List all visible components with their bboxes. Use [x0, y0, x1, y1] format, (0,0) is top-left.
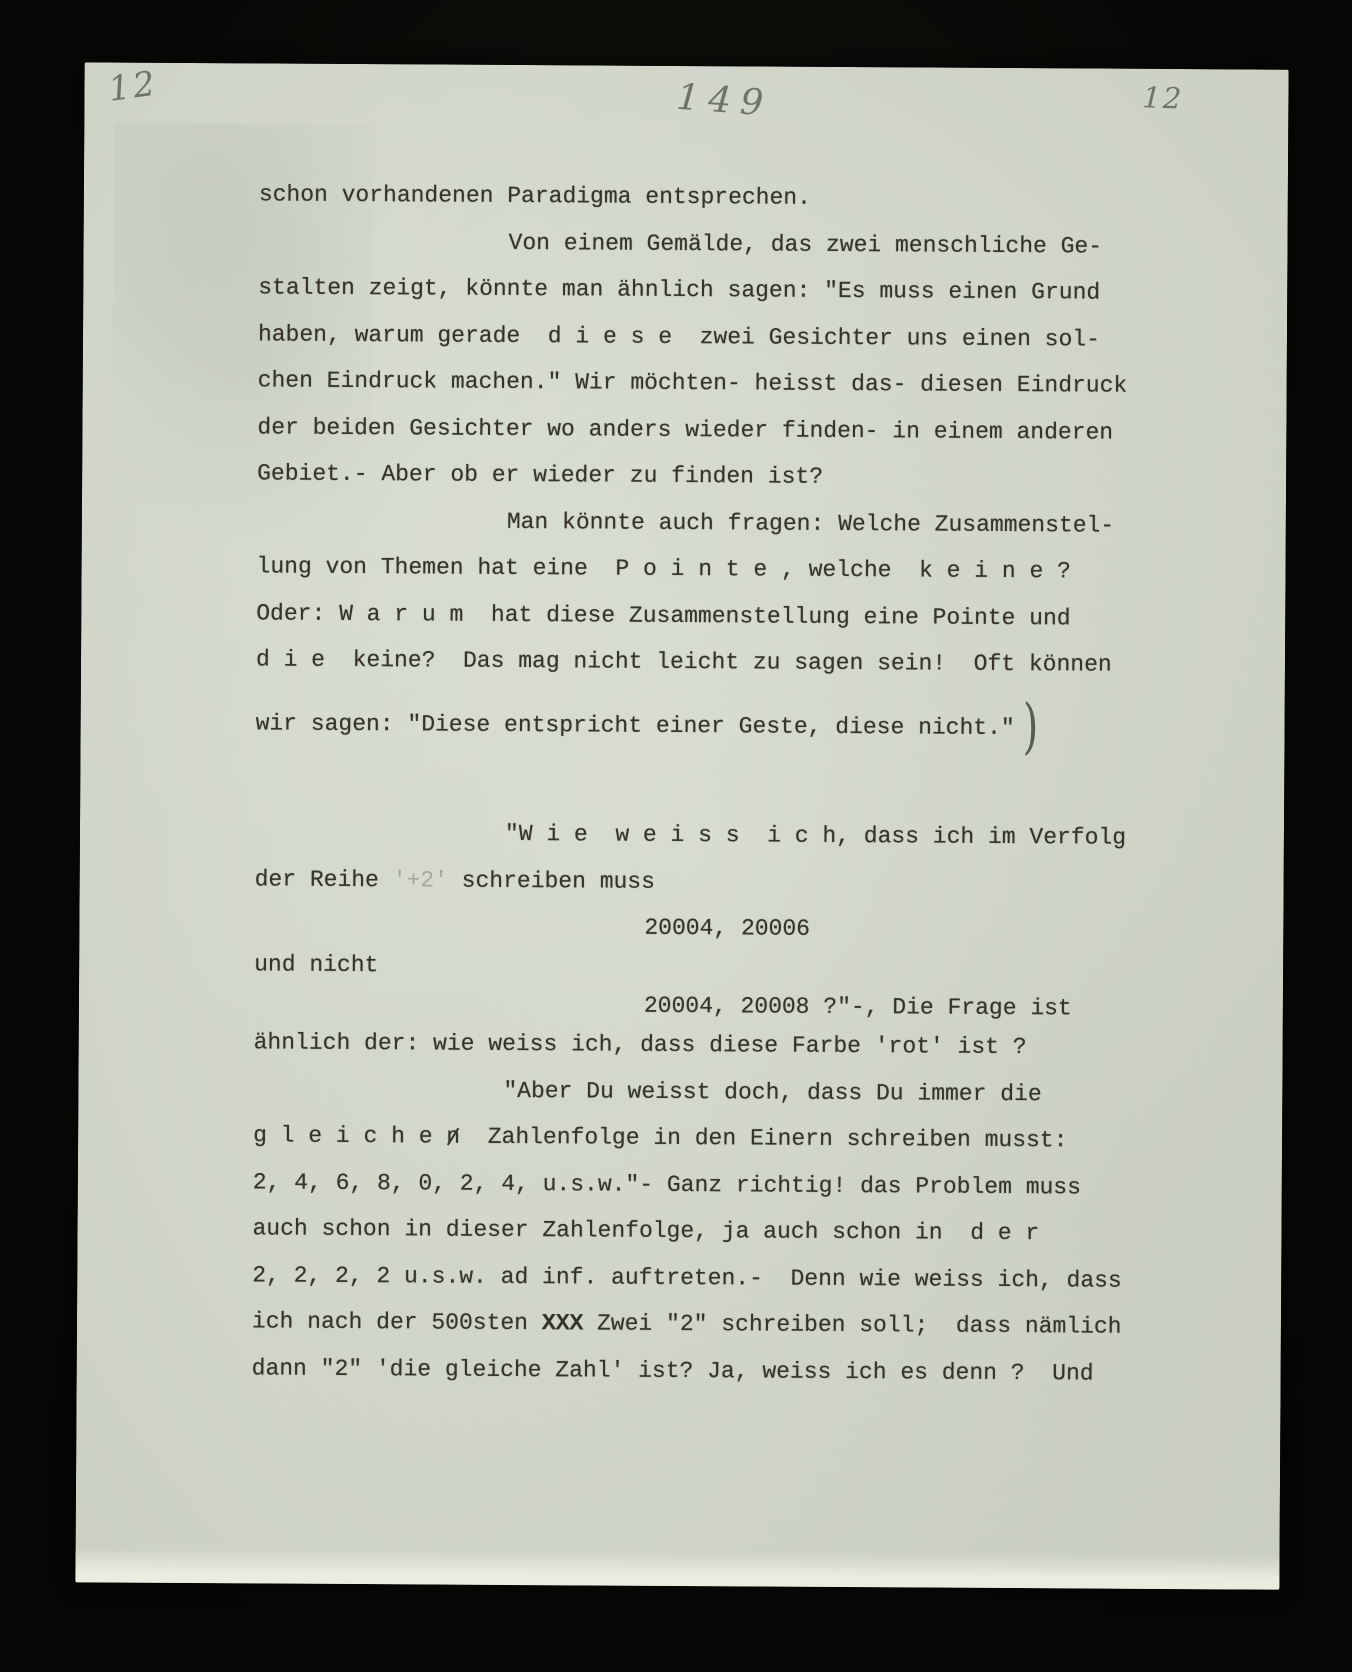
typed-line: und nicht: [254, 951, 1254, 996]
pencil-page-number-right: 12: [1142, 80, 1184, 116]
typed-line: Gebiet.- Aber ob er wieder zu finden ist…: [257, 460, 1257, 513]
typed-line-numbers: 20004, 20006: [254, 912, 1254, 957]
gleichen-suffix: Zahlenfolge in den Einern schreiben muss…: [460, 1124, 1067, 1154]
gleichen-prefix: g l e i c h e: [253, 1122, 446, 1149]
typed-line: "W i e w e i s s i c h, dass ich im Verf…: [255, 819, 1255, 872]
typed-line: 2, 4, 6, 8, 0, 2, 4, u.s.w."- Ganz richt…: [253, 1169, 1253, 1222]
typed-line: auch schon in dieser Zahlenfolge, ja auc…: [252, 1215, 1252, 1268]
faint-plus-two: '+2': [393, 867, 448, 893]
paragraph-gap: [255, 739, 1255, 825]
handwritten-closing-paren: ): [1023, 692, 1039, 761]
reihe-prefix: der Reihe: [255, 866, 393, 893]
typed-line-numbers: 20004, 20008 ?"-, Die Frage ist: [254, 990, 1254, 1035]
typed-line-gleichen: g l e i c h e n Zahlenfolge in den Einer…: [253, 1122, 1253, 1175]
typed-line-reihe: der Reihe '+2' schreiben muss: [254, 866, 1254, 919]
typed-line: Man könnte auch fragen: Welche Zusammens…: [257, 507, 1257, 560]
reihe-suffix: schreiben muss: [448, 867, 655, 894]
manuscript-page: 12 149 12 schon vorhandenen Paradigma en…: [75, 62, 1288, 1589]
typed-line: lung von Themen hat eine P o i n t e , w…: [256, 553, 1256, 606]
typed-line: stalten zeigt, könnte man ähnlich sagen:…: [258, 274, 1258, 327]
typed-line: wir sagen: "Diese entspricht einer Geste…: [256, 710, 1015, 741]
typed-line: d i e keine? Das mag nicht leicht zu sag…: [256, 646, 1256, 699]
typed-line: schon vorhandenen Paradigma entsprechen.: [259, 181, 1259, 234]
typed-line: haben, warum gerade d i e s e zwei Gesic…: [258, 321, 1258, 374]
typed-line: der beiden Gesichter wo anders wieder fi…: [257, 414, 1257, 467]
pencil-page-number-left: 12: [106, 64, 160, 110]
typed-line: 2, 2, 2, 2 u.s.w. ad inf. auftreten.- De…: [252, 1262, 1252, 1315]
fuenfhundert-suffix: Zwei "2" schreiben soll; dass nämlich: [583, 1310, 1121, 1339]
typed-line-500sten: ich nach der 500sten XXX Zwei "2" schrei…: [252, 1308, 1252, 1361]
pencil-page-number-center: 149: [675, 77, 774, 125]
typed-line: "Aber Du weisst doch, dass Du immer die: [253, 1076, 1253, 1129]
fuenfhundert-prefix: ich nach der 500sten: [252, 1308, 542, 1336]
struck-out-letter: n: [446, 1124, 460, 1150]
typed-line: ähnlich der: wie weiss ich, dass diese F…: [253, 1029, 1253, 1082]
typed-line: Von einem Gemälde, das zwei menschliche …: [258, 228, 1258, 281]
typed-line: Oder: W a r u m hat diese Zusammenstellu…: [256, 600, 1256, 653]
typed-line-with-paren: wir sagen: "Diese entspricht einer Geste…: [256, 693, 1256, 746]
typed-line: dann "2" 'die gleiche Zahl' ist? Ja, wei…: [251, 1355, 1251, 1408]
typescript-text: schon vorhandenen Paradigma entsprechen.…: [251, 181, 1258, 1407]
typed-line: chen Eindruck machen." Wir möchten- heis…: [258, 367, 1258, 420]
typed-over-xxx: XXX: [542, 1310, 584, 1336]
